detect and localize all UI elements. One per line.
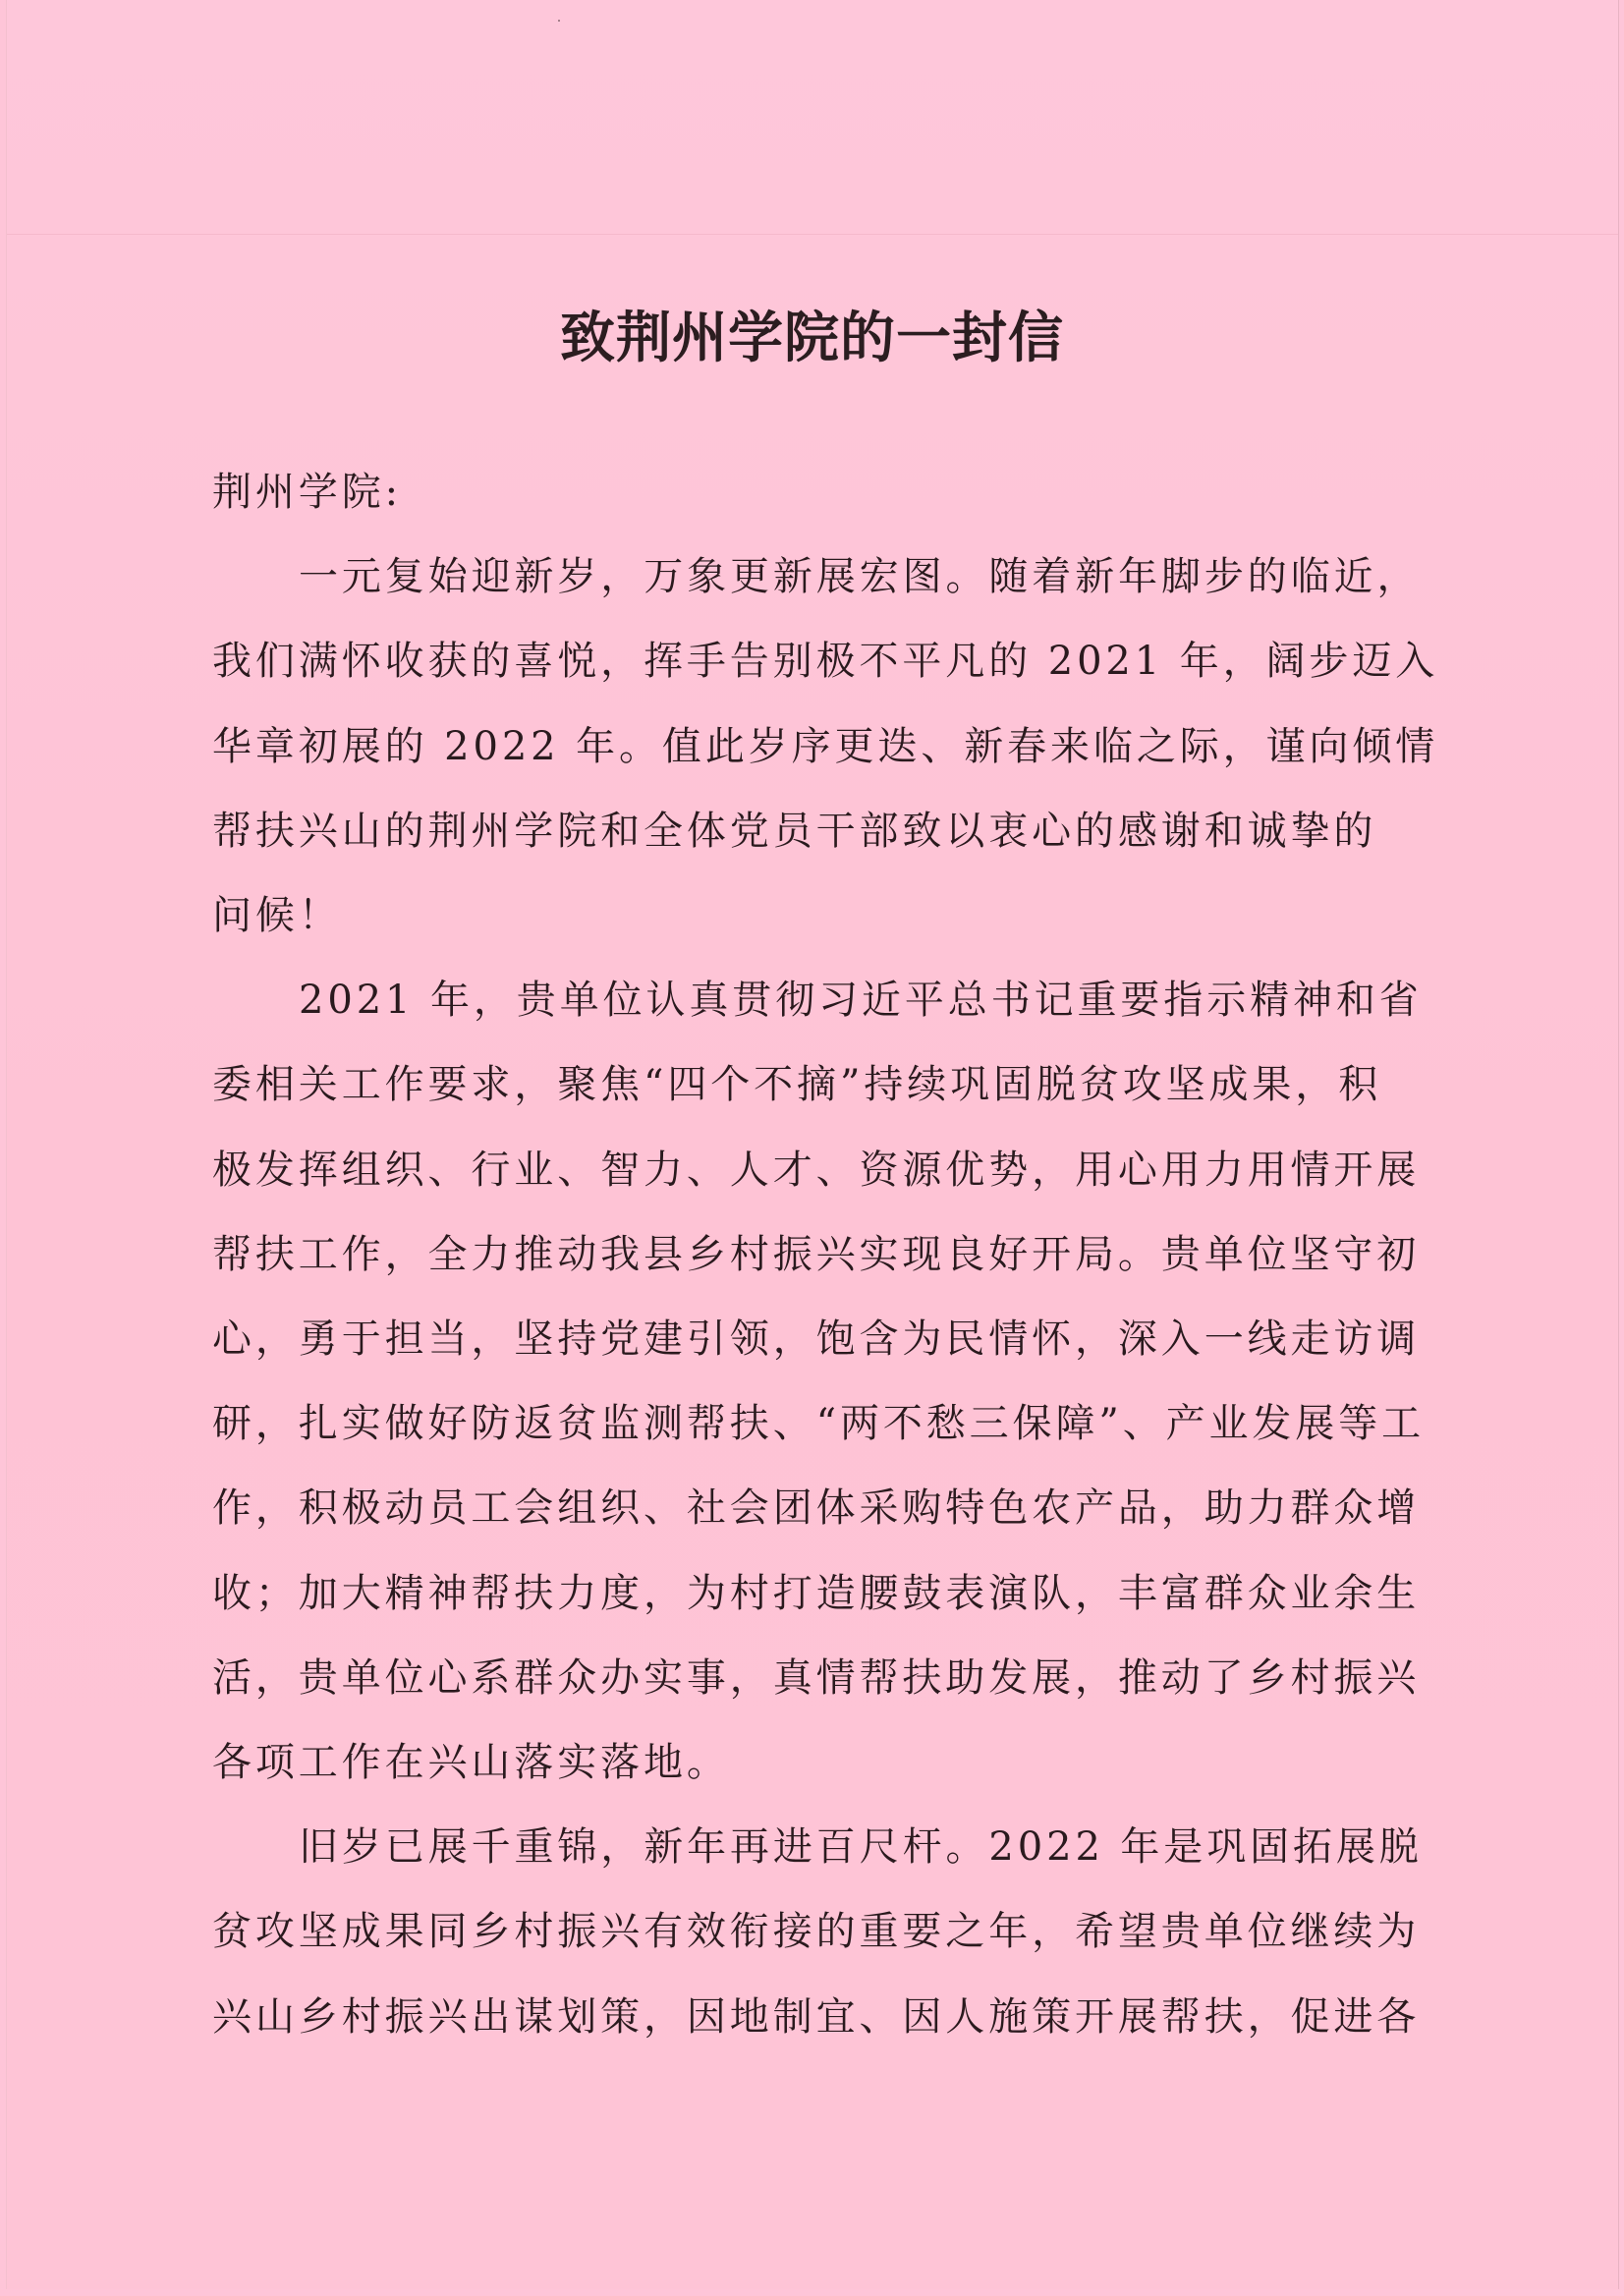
text-line: 作，积极动员工会组织、社会团体采购特色农产品，助力群众增 (212, 1466, 1415, 1550)
text-line: 我们满怀收获的喜悦，挥手告别极不平凡的 2021 年，阔步迈入 (212, 619, 1415, 703)
text-line: 活，贵单位心系群众办实事，真情帮扶助发展，推动了乡村振兴 (212, 1636, 1415, 1720)
text-line: 委相关工作要求，聚焦“四个不摘”持续巩固脱贫攻坚成果，积 (212, 1042, 1415, 1127)
salutation: 荆州学院: (212, 450, 1415, 534)
paragraph-greeting: 一元复始迎新岁，万象更新展宏图。随着新年脚步的临近， 我们满怀收获的喜悦，挥手告… (212, 534, 1415, 958)
text-line: 收；加大精神帮扶力度，为村打造腰鼓表演队，丰富群众业余生 (212, 1551, 1415, 1636)
text-line: 兴山乡村振兴出谋划策，因地制宜、因人施策开展帮扶，促进各 (212, 1975, 1415, 2059)
text-line: 旧岁已展千重锦，新年再进百尺杆。2022 年是巩固拓展脱 (212, 1805, 1415, 1889)
scan-speck (558, 20, 560, 22)
paragraph-outlook: 旧岁已展千重锦，新年再进百尺杆。2022 年是巩固拓展脱 贫攻坚成果同乡村振兴有… (212, 1805, 1415, 2059)
text-line: 2021 年，贵单位认真贯彻习近平总书记重要指示精神和省 (212, 958, 1415, 1042)
text-line: 一元复始迎新岁，万象更新展宏图。随着新年脚步的临近， (212, 534, 1415, 619)
paragraph-achievements: 2021 年，贵单位认真贯彻习近平总书记重要指示精神和省 委相关工作要求，聚焦“… (212, 958, 1415, 1805)
text-line: 华章初展的 2022 年。值此岁序更迭、新春来临之际，谨向倾情 (212, 704, 1415, 789)
text-line: 帮扶工作，全力推动我县乡村振兴实现良好开局。贵单位坚守初 (212, 1212, 1415, 1297)
text-line: 帮扶兴山的荆州学院和全体党员干部致以衷心的感谢和诚挚的 (212, 789, 1415, 873)
letter-body: 荆州学院: 一元复始迎新岁，万象更新展宏图。随着新年脚步的临近， 我们满怀收获的… (212, 450, 1415, 2059)
letter-title: 致荆州学院的一封信 (0, 305, 1624, 373)
text-line: 研，扎实做好防返贫监测帮扶、“两不愁三保障”、产业发展等工 (212, 1381, 1415, 1466)
text-line: 心，勇于担当，坚持党建引领，饱含为民情怀，深入一线走访调 (212, 1297, 1415, 1381)
text-line: 各项工作在兴山落实落地。 (212, 1720, 1415, 1805)
text-line: 贫攻坚成果同乡村振兴有效衔接的重要之年，希望贵单位继续为 (212, 1889, 1415, 1974)
scan-fold-line (7, 234, 1618, 235)
text-line: 问候！ (212, 873, 1415, 958)
text-line: 极发挥组织、行业、智力、人才、资源优势，用心用力用情开展 (212, 1128, 1415, 1212)
